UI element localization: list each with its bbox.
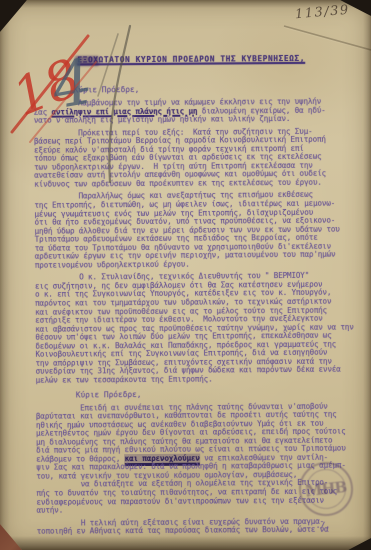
paragraph: Πρόκειται περί του εξής: Κατά την συζήτη… [34,127,364,189]
typed-text: κίνδυνος των αρδεύσεων θα προέκυπτεν εκ … [34,178,321,189]
paragraph: Λαμβάνομεν την τιμήν να κάμωμεν έκκλησιν… [34,97,364,125]
salutation: Κύριε Πρόεδρε, [76,388,366,399]
document-photo: ΕΞΟΧΩΤΑΤΟΝ ΚΥΡΙΟΝ ΠΡΟΕΔΡΟΝ ΤΗΣ ΚΥΒΕΡΝΗΣΕ… [0,0,371,550]
paragraph: Παραλλήλως όμως και ανεξαρτήτως της επισ… [34,191,365,270]
typed-text: νατο ν'απολήξη εις μεγίστην ημών ηθικήν … [34,114,291,125]
ink-smudge [75,56,99,66]
letter-heading: ΕΞΟΧΩΤΑΤΟΝ ΚΥΡΙΟΝ ΠΡΟΕΔΡΟΝ ΤΗΣ ΚΥΒΕΡΝΗΣΕ… [77,54,305,65]
paragraph: Ο κ. Στυλιανίδης, τεχνικός Διευθυντής το… [35,272,366,385]
typed-text: ενδιαφερομένους να παραστούν δι'αντιπροσ… [36,495,323,506]
continuation-mark: ./. [316,521,331,530]
typed-text: αυτήν. [37,506,64,515]
typed-text: τοποιηθή εν Αθήναις κατά τας παρούσας δι… [37,525,329,536]
typed-line: νατο ν'απολήξη εις μεγίστην ημών ηθικήν … [34,115,364,126]
salutation: Κύριε Πρόεδρε, [74,85,140,94]
archive-stamp-monogram: ΜΗΒ [305,478,347,500]
typed-line: προτεινομένου υδροηλεκτρικού έργου. [35,259,365,270]
typed-text: προτεινομένου υδροηλεκτρικού έργου. [35,260,190,270]
typed-text: μελών εκ των τεσσαράκοντα της Επιτροπής. [36,374,213,384]
typed-line: μελών εκ των τεσσαράκοντα της Επιτροπής. [36,374,366,385]
archive-stamp-ring: ΜΗΒ [304,467,348,511]
body-block-1: Λαμβάνομεν την τιμήν να κάμωμεν έκκλησιν… [34,97,366,385]
typed-line: κίνδυνος των αρδεύσεων θα προέκυπτεν εκ … [34,178,364,189]
